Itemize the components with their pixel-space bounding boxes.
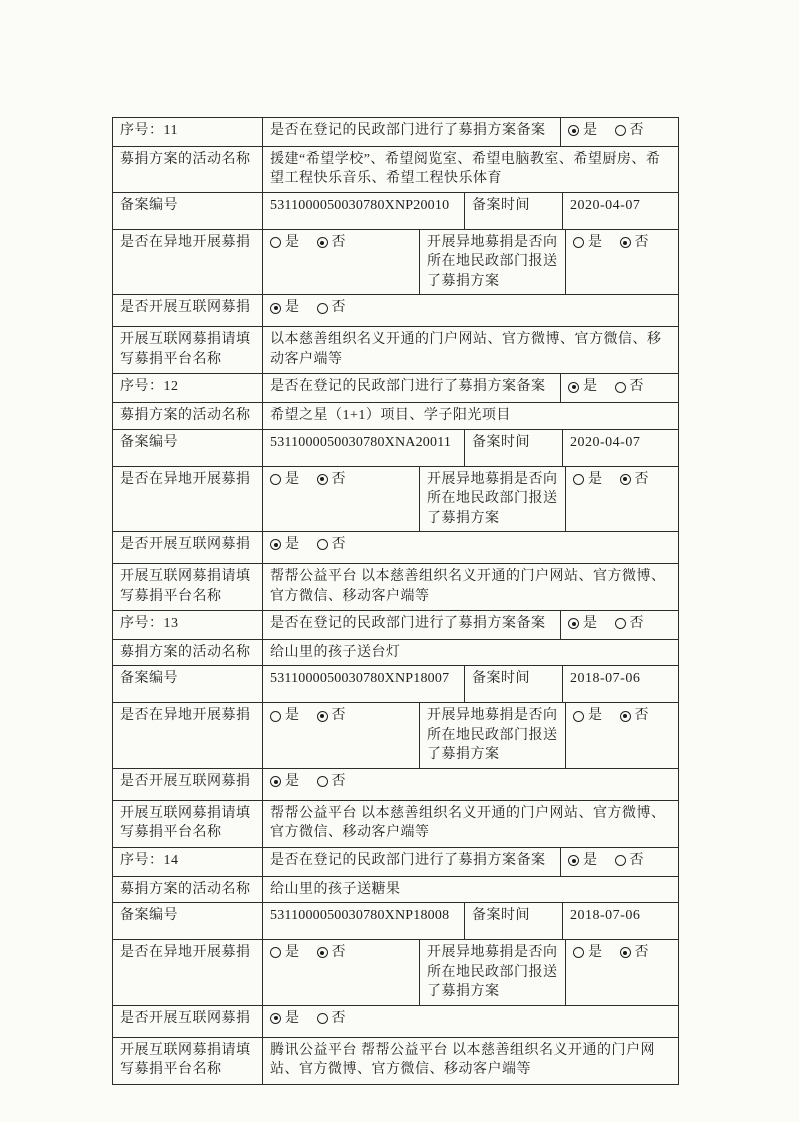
radio-option-no[interactable]: 否: [317, 943, 347, 963]
radio-yes-label: 是: [588, 943, 603, 963]
radio-no-icon: [317, 474, 328, 485]
radio-yes-icon: [270, 474, 281, 485]
table-row: 是否在异地开展募捐 是 否 开展异地募捐是否向所在地民政部门报送了募捐方案 是 …: [113, 467, 678, 533]
radio-no-label: 否: [635, 943, 650, 963]
radio-option-yes[interactable]: 是: [573, 470, 603, 490]
radio-yes-icon: [270, 1013, 281, 1024]
radio-no-label: 否: [630, 851, 645, 871]
radio-no-label: 否: [635, 706, 650, 726]
radio-option-no[interactable]: 否: [317, 772, 347, 792]
remote-report-radio-group[interactable]: 是 否: [566, 467, 678, 532]
radio-option-yes[interactable]: 是: [270, 298, 300, 318]
table-row: 是否在异地开展募捐 是 否 开展异地募捐是否向所在地民政部门报送了募捐方案 是 …: [113, 230, 678, 296]
radio-no-icon: [615, 125, 626, 136]
table-row: 是否开展互联网募捐 是 否: [113, 295, 678, 327]
radio-option-no[interactable]: 否: [317, 535, 347, 555]
internet-fundraising-radio-group[interactable]: 是 否: [263, 532, 678, 563]
radio-yes-label: 是: [588, 470, 603, 490]
radio-no-icon: [317, 776, 328, 787]
filing-number-label: 备案编号: [113, 666, 263, 702]
filing-number-label: 备案编号: [113, 903, 263, 939]
remote-fundraising-radio-group[interactable]: 是 否: [263, 703, 420, 768]
remote-fundraising-radio-group[interactable]: 是 否: [263, 230, 420, 295]
radio-yes-label: 是: [285, 535, 300, 555]
radio-option-no[interactable]: 否: [620, 233, 650, 253]
radio-yes-label: 是: [285, 772, 300, 792]
radio-no-label: 否: [635, 233, 650, 253]
activity-name-label: 募捐方案的活动名称: [113, 877, 263, 903]
filing-time-value: 2020-04-07: [563, 430, 678, 466]
radio-option-no[interactable]: 否: [615, 377, 645, 397]
radio-option-yes[interactable]: 是: [573, 943, 603, 963]
radio-yes-label: 是: [583, 377, 598, 397]
radio-no-icon: [620, 237, 631, 248]
radio-option-no[interactable]: 否: [317, 706, 347, 726]
radio-yes-icon: [270, 303, 281, 314]
radio-yes-label: 是: [285, 706, 300, 726]
platform-name-label: 开展互联网募捐请填写募捐平台名称: [113, 1038, 263, 1084]
platform-name-value: 腾讯公益平台 帮帮公益平台 以本慈善组织名义开通的门户网站、官方微博、官方微信、…: [263, 1038, 678, 1084]
radio-option-no[interactable]: 否: [317, 298, 347, 318]
radio-option-yes[interactable]: 是: [568, 377, 598, 397]
table-row: 开展互联网募捐请填写募捐平台名称 腾讯公益平台 帮帮公益平台 以本慈善组织名义开…: [113, 1038, 678, 1084]
registered-filing-question: 是否在登记的民政部门进行了募捐方案备案: [263, 611, 561, 639]
radio-yes-label: 是: [285, 298, 300, 318]
radio-option-yes[interactable]: 是: [270, 535, 300, 555]
platform-name-value: 以本慈善组织名义开通的门户网站、官方微博、官方微信、移动客户端等: [263, 327, 678, 373]
remote-report-question: 开展异地募捐是否向所在地民政部门报送了募捐方案: [420, 940, 566, 1005]
filing-number-value: 5311000050030780XNP20010: [263, 193, 465, 229]
registered-filing-radio-group[interactable]: 是 否: [561, 611, 678, 639]
radio-no-icon: [620, 474, 631, 485]
table-row: 是否在异地开展募捐 是 否 开展异地募捐是否向所在地民政部门报送了募捐方案 是 …: [113, 940, 678, 1006]
filing-time-label: 备案时间: [465, 903, 563, 939]
radio-no-label: 否: [332, 772, 347, 792]
radio-yes-icon: [573, 237, 584, 248]
radio-option-yes[interactable]: 是: [568, 851, 598, 871]
seq-label: 序号：14: [113, 848, 263, 876]
radio-yes-icon: [270, 711, 281, 722]
radio-no-label: 否: [630, 614, 645, 634]
platform-name-value: 帮帮公益平台 以本慈善组织名义开通的门户网站、官方微博、官方微信、移动客户端等: [263, 564, 678, 610]
seq-label: 序号：12: [113, 374, 263, 402]
table-row: 序号：12 是否在登记的民政部门进行了募捐方案备案 是 否: [113, 374, 678, 403]
radio-yes-label: 是: [285, 470, 300, 490]
radio-option-yes[interactable]: 是: [270, 772, 300, 792]
table-row: 是否开展互联网募捐 是 否: [113, 769, 678, 801]
filing-time-value: 2018-07-06: [563, 666, 678, 702]
table-row: 开展互联网募捐请填写募捐平台名称 以本慈善组织名义开通的门户网站、官方微博、官方…: [113, 327, 678, 374]
radio-yes-icon: [270, 237, 281, 248]
table-row: 是否开展互联网募捐 是 否: [113, 532, 678, 564]
platform-name-value: 帮帮公益平台 以本慈善组织名义开通的门户网站、官方微博、官方微信、移动客户端等: [263, 801, 678, 847]
radio-no-label: 否: [332, 535, 347, 555]
internet-fundraising-radio-group[interactable]: 是 否: [263, 295, 678, 326]
radio-no-icon: [317, 1013, 328, 1024]
platform-name-label: 开展互联网募捐请填写募捐平台名称: [113, 801, 263, 847]
table-row: 序号：14 是否在登记的民政部门进行了募捐方案备案 是 否: [113, 848, 678, 877]
table-row: 募捐方案的活动名称 给山里的孩子送台灯: [113, 640, 678, 667]
radio-yes-label: 是: [285, 233, 300, 253]
table-row: 是否在异地开展募捐 是 否 开展异地募捐是否向所在地民政部门报送了募捐方案 是 …: [113, 703, 678, 769]
internet-fundraising-radio-group[interactable]: 是 否: [263, 1006, 678, 1037]
filing-time-label: 备案时间: [465, 193, 563, 229]
radio-option-no[interactable]: 否: [615, 614, 645, 634]
radio-no-label: 否: [630, 121, 645, 141]
radio-option-no[interactable]: 否: [620, 943, 650, 963]
table-row: 序号：11 是否在登记的民政部门进行了募捐方案备案 是 否: [113, 118, 678, 147]
remote-report-question: 开展异地募捐是否向所在地民政部门报送了募捐方案: [420, 703, 566, 768]
filing-time-label: 备案时间: [465, 430, 563, 466]
activity-name-value: 给山里的孩子送台灯: [263, 640, 678, 666]
activity-name-label: 募捐方案的活动名称: [113, 403, 263, 429]
internet-fundraising-label: 是否开展互联网募捐: [113, 1006, 263, 1037]
radio-no-icon: [620, 947, 631, 958]
radio-no-icon: [317, 711, 328, 722]
internet-fundraising-label: 是否开展互联网募捐: [113, 295, 263, 326]
radio-option-no[interactable]: 否: [615, 851, 645, 871]
radio-no-icon: [317, 237, 328, 248]
radio-no-icon: [615, 618, 626, 629]
radio-option-no[interactable]: 否: [317, 470, 347, 490]
radio-yes-icon: [573, 711, 584, 722]
radio-no-label: 否: [332, 298, 347, 318]
table-row: 序号：13 是否在登记的民政部门进行了募捐方案备案 是 否: [113, 611, 678, 640]
radio-option-yes[interactable]: 是: [573, 706, 603, 726]
radio-option-no[interactable]: 否: [615, 121, 645, 141]
remote-fundraising-radio-group[interactable]: 是 否: [263, 467, 420, 532]
table-row: 开展互联网募捐请填写募捐平台名称 帮帮公益平台 以本慈善组织名义开通的门户网站、…: [113, 564, 678, 611]
radio-yes-label: 是: [285, 1009, 300, 1029]
registered-filing-question: 是否在登记的民政部门进行了募捐方案备案: [263, 848, 561, 876]
radio-option-yes[interactable]: 是: [270, 943, 300, 963]
radio-no-label: 否: [635, 470, 650, 490]
filing-time-value: 2020-04-07: [563, 193, 678, 229]
radio-yes-icon: [568, 382, 579, 393]
radio-yes-label: 是: [583, 121, 598, 141]
registered-filing-question: 是否在登记的民政部门进行了募捐方案备案: [263, 374, 561, 402]
registered-filing-question: 是否在登记的民政部门进行了募捐方案备案: [263, 118, 561, 146]
radio-yes-label: 是: [583, 851, 598, 871]
internet-fundraising-label: 是否开展互联网募捐: [113, 532, 263, 563]
table-row: 备案编号 5311000050030780XNP20010 备案时间 2020-…: [113, 193, 678, 230]
radio-yes-icon: [573, 474, 584, 485]
seq-label: 序号：11: [113, 118, 263, 146]
table-row: 开展互联网募捐请填写募捐平台名称 帮帮公益平台 以本慈善组织名义开通的门户网站、…: [113, 801, 678, 848]
platform-name-label: 开展互联网募捐请填写募捐平台名称: [113, 327, 263, 373]
remote-report-radio-group[interactable]: 是 否: [566, 230, 678, 295]
radio-yes-icon: [270, 947, 281, 958]
remote-report-question: 开展异地募捐是否向所在地民政部门报送了募捐方案: [420, 467, 566, 532]
radio-no-icon: [620, 711, 631, 722]
radio-no-label: 否: [332, 706, 347, 726]
filing-number-label: 备案编号: [113, 430, 263, 466]
radio-no-icon: [317, 303, 328, 314]
radio-no-label: 否: [630, 377, 645, 397]
radio-no-label: 否: [332, 233, 347, 253]
table-row: 备案编号 5311000050030780XNP18007 备案时间 2018-…: [113, 666, 678, 703]
radio-option-yes[interactable]: 是: [270, 233, 300, 253]
activity-name-value: 给山里的孩子送糖果: [263, 877, 678, 903]
remote-fundraising-label: 是否在异地开展募捐: [113, 703, 263, 768]
radio-yes-icon: [270, 539, 281, 550]
filing-time-value: 2018-07-06: [563, 903, 678, 939]
filing-time-label: 备案时间: [465, 666, 563, 702]
activity-name-label: 募捐方案的活动名称: [113, 147, 263, 192]
registered-filing-radio-group[interactable]: 是 否: [561, 848, 678, 876]
radio-no-label: 否: [332, 470, 347, 490]
filing-number-value: 5311000050030780XNP18007: [263, 666, 465, 702]
table-row: 备案编号 5311000050030780XNA20011 备案时间 2020-…: [113, 430, 678, 467]
radio-no-label: 否: [332, 943, 347, 963]
remote-fundraising-label: 是否在异地开展募捐: [113, 230, 263, 295]
radio-no-icon: [615, 382, 626, 393]
radio-yes-icon: [568, 855, 579, 866]
seq-label: 序号：13: [113, 611, 263, 639]
radio-option-yes[interactable]: 是: [568, 614, 598, 634]
radio-option-no[interactable]: 否: [317, 1009, 347, 1029]
platform-name-label: 开展互联网募捐请填写募捐平台名称: [113, 564, 263, 610]
activity-name-value: 援建“希望学校”、希望阅览室、希望电脑教室、希望厨房、希望工程快乐音乐、希望工程…: [263, 147, 678, 192]
table-row: 募捐方案的活动名称 给山里的孩子送糖果: [113, 877, 678, 904]
radio-yes-icon: [568, 125, 579, 136]
radio-option-no[interactable]: 否: [317, 233, 347, 253]
radio-yes-label: 是: [588, 706, 603, 726]
registered-filing-radio-group[interactable]: 是 否: [561, 374, 678, 402]
activity-name-value: 希望之星（1+1）项目、学子阳光项目: [263, 403, 678, 429]
remote-report-radio-group[interactable]: 是 否: [566, 940, 678, 1005]
remote-fundraising-label: 是否在异地开展募捐: [113, 467, 263, 532]
table-row: 募捐方案的活动名称 希望之星（1+1）项目、学子阳光项目: [113, 403, 678, 430]
radio-yes-icon: [270, 776, 281, 787]
radio-yes-label: 是: [588, 233, 603, 253]
radio-no-icon: [615, 855, 626, 866]
radio-option-yes[interactable]: 是: [270, 706, 300, 726]
radio-no-icon: [317, 947, 328, 958]
activity-name-label: 募捐方案的活动名称: [113, 640, 263, 666]
filing-number-label: 备案编号: [113, 193, 263, 229]
table-row: 募捐方案的活动名称 援建“希望学校”、希望阅览室、希望电脑教室、希望厨房、希望工…: [113, 147, 678, 193]
radio-yes-label: 是: [583, 614, 598, 634]
table-row: 是否开展互联网募捐 是 否: [113, 1006, 678, 1038]
remote-fundraising-label: 是否在异地开展募捐: [113, 940, 263, 1005]
radio-option-yes[interactable]: 是: [270, 1009, 300, 1029]
table-row: 备案编号 5311000050030780XNP18008 备案时间 2018-…: [113, 903, 678, 940]
radio-option-yes[interactable]: 是: [573, 233, 603, 253]
radio-option-yes[interactable]: 是: [568, 121, 598, 141]
registered-filing-radio-group[interactable]: 是 否: [561, 118, 678, 146]
filing-number-value: 5311000050030780XNP18008: [263, 903, 465, 939]
radio-option-yes[interactable]: 是: [270, 470, 300, 490]
remote-fundraising-radio-group[interactable]: 是 否: [263, 940, 420, 1005]
radio-option-no[interactable]: 否: [620, 706, 650, 726]
scanned-document-page: 序号：11 是否在登记的民政部门进行了募捐方案备案 是 否 募捐方案的活动名称 …: [0, 0, 799, 1122]
radio-option-no[interactable]: 否: [620, 470, 650, 490]
radio-no-label: 否: [332, 1009, 347, 1029]
radio-yes-icon: [573, 947, 584, 958]
radio-yes-icon: [568, 618, 579, 629]
remote-report-radio-group[interactable]: 是 否: [566, 703, 678, 768]
fundraising-filing-table: 序号：11 是否在登记的民政部门进行了募捐方案备案 是 否 募捐方案的活动名称 …: [112, 117, 679, 1085]
remote-report-question: 开展异地募捐是否向所在地民政部门报送了募捐方案: [420, 230, 566, 295]
internet-fundraising-label: 是否开展互联网募捐: [113, 769, 263, 800]
filing-number-value: 5311000050030780XNA20011: [263, 430, 465, 466]
radio-yes-label: 是: [285, 943, 300, 963]
radio-no-icon: [317, 539, 328, 550]
internet-fundraising-radio-group[interactable]: 是 否: [263, 769, 678, 800]
